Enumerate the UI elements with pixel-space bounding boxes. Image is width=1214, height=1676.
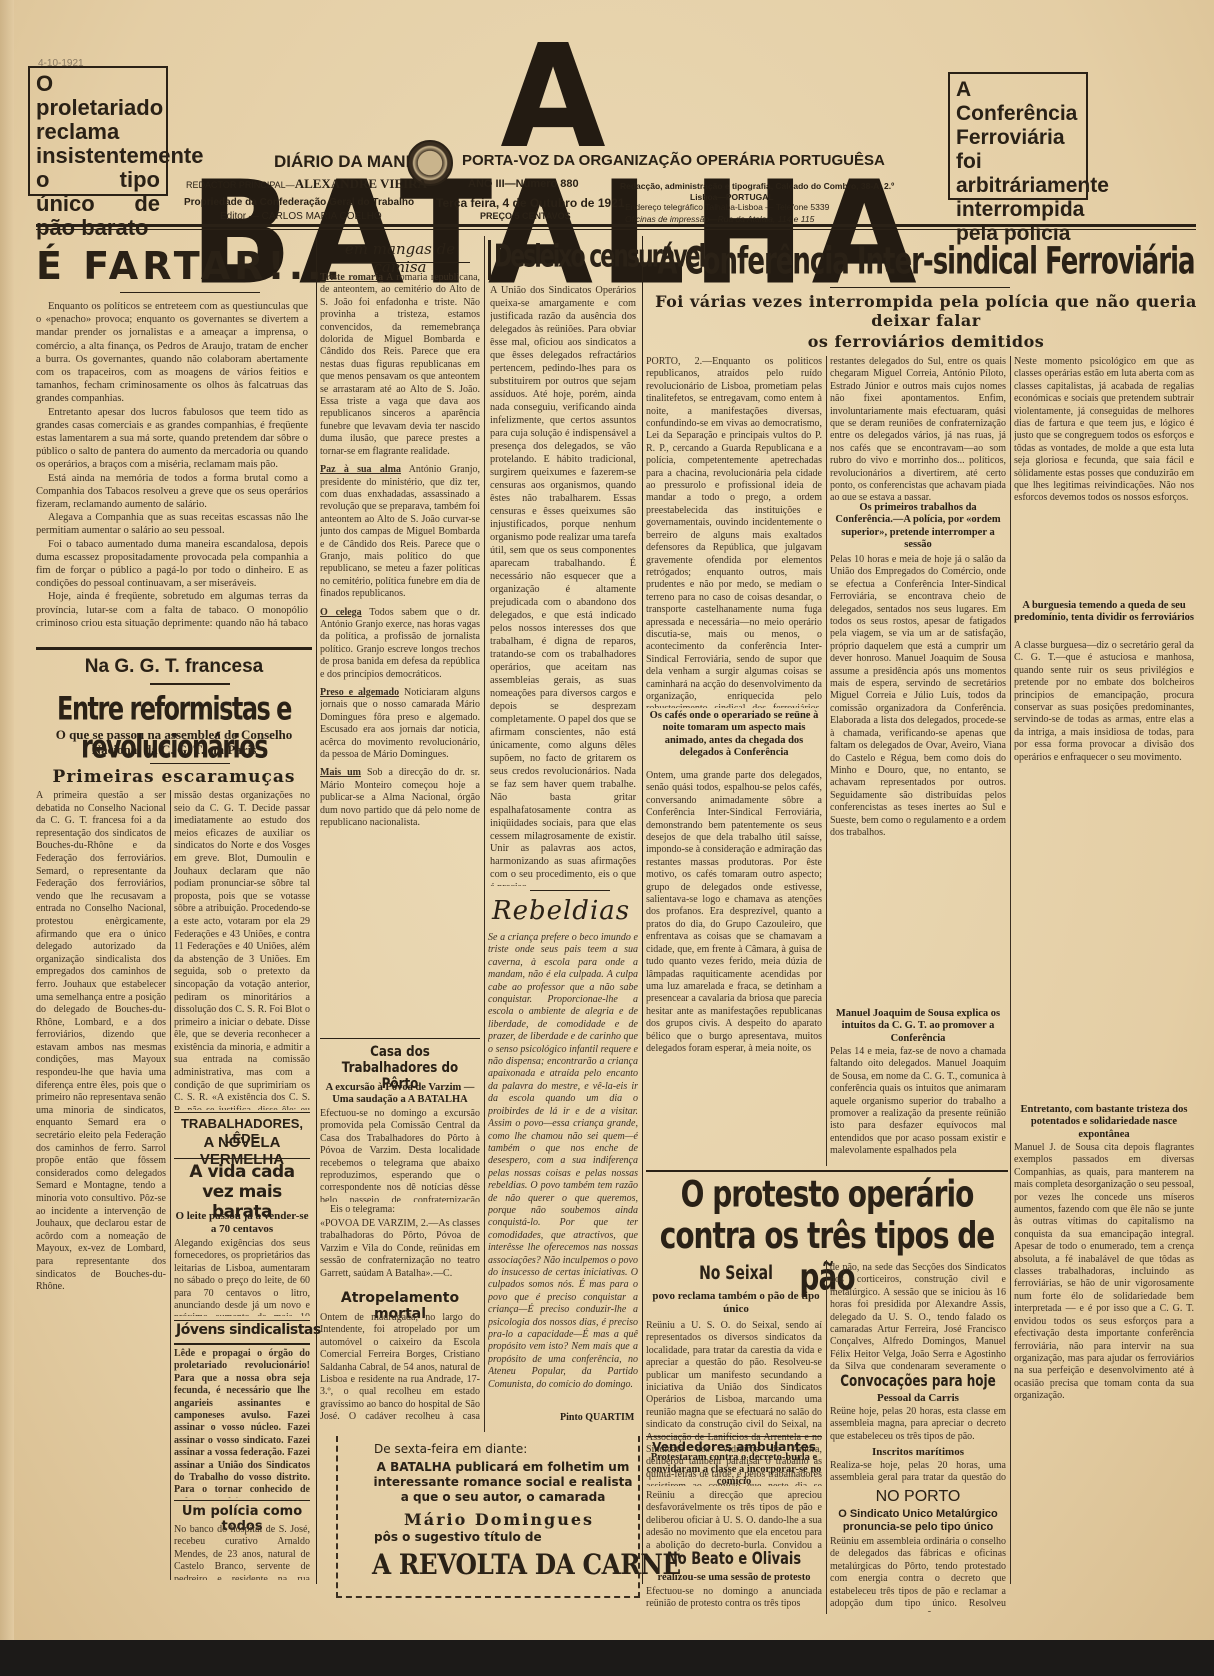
left-ear-box: O proletariado reclama insistentemente o… bbox=[28, 66, 168, 196]
redactor-label-text: REDACTOR PRINCIPAL— bbox=[186, 180, 295, 190]
rebeldias-headline: Rebeldias bbox=[492, 896, 630, 926]
scan-bottom-edge bbox=[0, 1640, 1214, 1676]
cgt-kicker: Na G. G. T. francesa bbox=[36, 656, 312, 678]
rebeldias-body: Se a criança prefere o beco imundo e tri… bbox=[488, 932, 638, 1404]
romance-author: Mário Domingues bbox=[404, 1510, 594, 1529]
ownership-line: Propriedade da Confederação Geral do Tra… bbox=[184, 197, 414, 209]
column-rule bbox=[826, 1260, 827, 1614]
cgt-subhead: Primeiras escaramuças bbox=[36, 767, 312, 787]
romance-announcement: A BATALHA publicará em folhetim um inter… bbox=[372, 1460, 634, 1505]
conferencia-col1-sub: Os cafés onde o operariado se reüne à no… bbox=[646, 710, 822, 760]
masthead-rule-thin bbox=[36, 229, 1196, 230]
beato-sub: realizou-se uma sessão de protesto bbox=[646, 1572, 822, 1583]
price: PREÇO 5 CENTAVOS bbox=[480, 210, 571, 222]
redactor-name: ALEXANDRE VIEIRA bbox=[295, 176, 427, 191]
column-rule bbox=[642, 236, 643, 1584]
dotted-rule bbox=[174, 1112, 310, 1113]
carris-head: Pessoal da Carris bbox=[830, 1392, 1006, 1404]
maritimos-head: Inscritos marítimos bbox=[830, 1446, 1006, 1458]
column-rule bbox=[170, 790, 171, 1580]
romance-title: A REVOLTA DA CARNE bbox=[372, 1548, 681, 1581]
romance-line2: pôs o sugestivo título de bbox=[374, 1530, 542, 1544]
porto-head: NO PORTO bbox=[830, 1488, 1006, 1506]
mangas-label: Paz à sua alma bbox=[320, 464, 401, 475]
seixal-head: No Seixal bbox=[646, 1264, 826, 1285]
page-binding-edge bbox=[0, 0, 14, 1640]
section-rule bbox=[646, 1170, 1008, 1172]
deck-underline bbox=[150, 763, 230, 764]
column-rule bbox=[826, 356, 827, 1166]
conferencia-col1: PORTO, 2.—Enquanto os politicos republic… bbox=[646, 356, 822, 708]
fartar-paragraph: Alegava a Companhia que as suas receitas… bbox=[36, 511, 308, 537]
beato-body: Efectuou-se no domingo a anunciada reüni… bbox=[646, 1586, 822, 1612]
romance-intro: De sexta-feira em diante: bbox=[374, 1442, 527, 1456]
redactor-label: REDACTOR PRINCIPAL—ALEXANDRE VIEIRA bbox=[186, 178, 427, 191]
telegraph-line: Endereço telegráfico Talhaba-Lisboa — Te… bbox=[625, 201, 829, 213]
subtitle-porta-voz: PORTA-VOZ DA ORGANIZAÇÃO OPERÁRIA PORTUG… bbox=[462, 152, 885, 169]
editor-line: Editor — CARLOS MARIA COELHO bbox=[220, 211, 382, 223]
kicker-underline bbox=[150, 683, 230, 685]
conferencia-deck: Foi várias vezes interrompida pela políc… bbox=[646, 292, 1206, 330]
conferencia-deck2: os ferroviários demitidos bbox=[646, 332, 1206, 351]
porto-casa-subhead: A excursão à Póvoa de Varzim —Uma saudaç… bbox=[320, 1082, 480, 1106]
conferencia-col3-sub2: Entretanto, com bastante tristeza dos po… bbox=[1014, 1104, 1194, 1141]
mangas-column: Triste romaria A romaria republicana, de… bbox=[320, 272, 480, 1032]
cgt-body-col1: A primeira questão a ser debatida no Con… bbox=[36, 790, 166, 1580]
column-rule bbox=[484, 236, 485, 1432]
conferencia-col2-sub2: Manuel Joaquim de Sousa explica os intui… bbox=[830, 1008, 1006, 1045]
vendedores-sub: Protestaram contra o decreto-burla e con… bbox=[646, 1452, 822, 1488]
conferencia-col3d: Manuel J. de Sousa cita depois flagrante… bbox=[1014, 1142, 1194, 1582]
column-rule bbox=[316, 236, 317, 1584]
column-rule bbox=[1010, 356, 1011, 1584]
fartar-paragraph: Entretanto apesar dos lucros fabulosos q… bbox=[36, 406, 308, 472]
banner-flourish bbox=[340, 262, 470, 263]
dotted-rule bbox=[530, 890, 610, 891]
section-rule bbox=[646, 1436, 822, 1437]
conferencia-headline: A Conferência Inter-sindical Ferroviária bbox=[646, 240, 1206, 284]
conferencia-col2b: Pelas 10 horas e meia de hoje já o salão… bbox=[830, 554, 1006, 1006]
fartar-headline: É FARTAR!... bbox=[36, 244, 344, 288]
fartar-paragraph: Está ainda na memória de todos a forma b… bbox=[36, 472, 308, 512]
issue-date: Terça feira, 4 de Outubro de 1921 bbox=[436, 196, 625, 210]
vida-body: Alegando exigências dos seus fornecedore… bbox=[174, 1238, 310, 1316]
policia-body: No banco do hospital de S. José, recebeu… bbox=[174, 1524, 310, 1580]
mangas-text: António Granjo, presidente do ministério… bbox=[320, 464, 480, 599]
desleixo-closing: Unir as palavras aos actos, harmonizando… bbox=[490, 842, 636, 886]
beato-head: No Beato e Olivais bbox=[646, 1550, 822, 1570]
maritimos-body: Realiza-se hoje, pelas 20 horas, uma ass… bbox=[830, 1460, 1006, 1486]
conferencia-col3: Neste momento psicológico em que as clas… bbox=[1014, 356, 1194, 596]
vida-subhead: O leite passou já a vender-se a 70 centa… bbox=[174, 1210, 310, 1236]
mangas-label: Mais um bbox=[320, 767, 361, 778]
rebeldias-signature: Pinto QUARTIM bbox=[560, 1412, 634, 1423]
carris-body: Reüne hoje, pelas 20 horas, esta classe … bbox=[830, 1406, 1006, 1444]
desleixo-body: A União dos Sindicatos Operários queixa-… bbox=[490, 284, 636, 840]
vendedores-body: Reüniu a direcção que apreciou desfavorá… bbox=[646, 1490, 822, 1552]
conferencia-col2: restantes delegados do Sul, entre os qua… bbox=[830, 356, 1006, 500]
mangas-label: Preso e algemado bbox=[320, 687, 399, 698]
right-ear-box: A Conferência Ferroviária foi arbitrária… bbox=[948, 72, 1088, 200]
conferencia-col2c: Pelas 14 e meia, faz-se de novo a chamad… bbox=[830, 1046, 1006, 1166]
conferencia-col2-sub: Os primeiros trabalhos da Conferência.—A… bbox=[830, 502, 1006, 552]
protesto-col2: de pão, na sede das Secções dos Sindicat… bbox=[830, 1262, 1006, 1370]
fartar-body: Enquanto os políticos se entreteem com a… bbox=[36, 300, 308, 640]
section-rule bbox=[320, 1038, 480, 1039]
mangas-label: O celega bbox=[320, 607, 362, 618]
cgt-deck: O que se passou na assemblea do Conselho… bbox=[36, 727, 312, 757]
conferencia-col1b: Ontem, uma grande parte dos delegados, s… bbox=[646, 770, 822, 1170]
seixal-sub: povo reclama também o pão de tipo único bbox=[646, 1290, 826, 1316]
jovens-body: Lêde e propagai o órgão do proletariado … bbox=[174, 1348, 310, 1498]
porto-body: Reüniu em assembleia ordinária o conselh… bbox=[830, 1536, 1006, 1612]
convocacoes-head: Convocações para hoje bbox=[830, 1372, 1006, 1390]
conferencia-col3b: A classe burguesa—diz o secretário geral… bbox=[1014, 640, 1194, 1100]
telegram-text: «PÓVOA DE VARZIM, 2.—As classes trabalha… bbox=[320, 1218, 480, 1280]
conferencia-col3-sub: A burguesia temendo a queda de seu predo… bbox=[1014, 600, 1194, 625]
masthead-rule bbox=[36, 224, 1196, 227]
jovens-headline: Jóvens sindicalistas bbox=[176, 1322, 321, 1338]
telegram-intro: Eis o telegrama: bbox=[330, 1203, 480, 1216]
issue-number: ANO III—Número 880 bbox=[468, 178, 579, 190]
mangas-label: Triste romaria bbox=[320, 272, 383, 283]
mangas-banner: em mangas de camisa bbox=[320, 240, 480, 276]
cgt-body-col2: missão destas organizações no seio da C.… bbox=[174, 790, 310, 1110]
porto-casa-body: Efectuou-se no domingo a excursão promov… bbox=[320, 1108, 480, 1202]
fartar-paragraph: Foi o tabaco aumentado duma maneira esca… bbox=[36, 538, 308, 591]
section-rule bbox=[174, 1343, 310, 1345]
section-rule bbox=[174, 1158, 310, 1159]
section-rule bbox=[174, 1320, 310, 1321]
headline-underline bbox=[830, 287, 1010, 288]
atropelamento-body: Ontem de madrugada, no largo do Intenden… bbox=[320, 1312, 480, 1424]
fartar-paragraph: Enquanto os políticos se entreteem com a… bbox=[36, 300, 308, 406]
section-rule bbox=[174, 1500, 310, 1501]
headline-underline bbox=[120, 292, 260, 293]
porto-sub: O Sindicato Unico Metalúrgico pronuncia-… bbox=[830, 1508, 1006, 1534]
section-rule bbox=[36, 647, 312, 650]
mangas-text: A romaria republicana, de anteontem, ao … bbox=[320, 272, 480, 457]
